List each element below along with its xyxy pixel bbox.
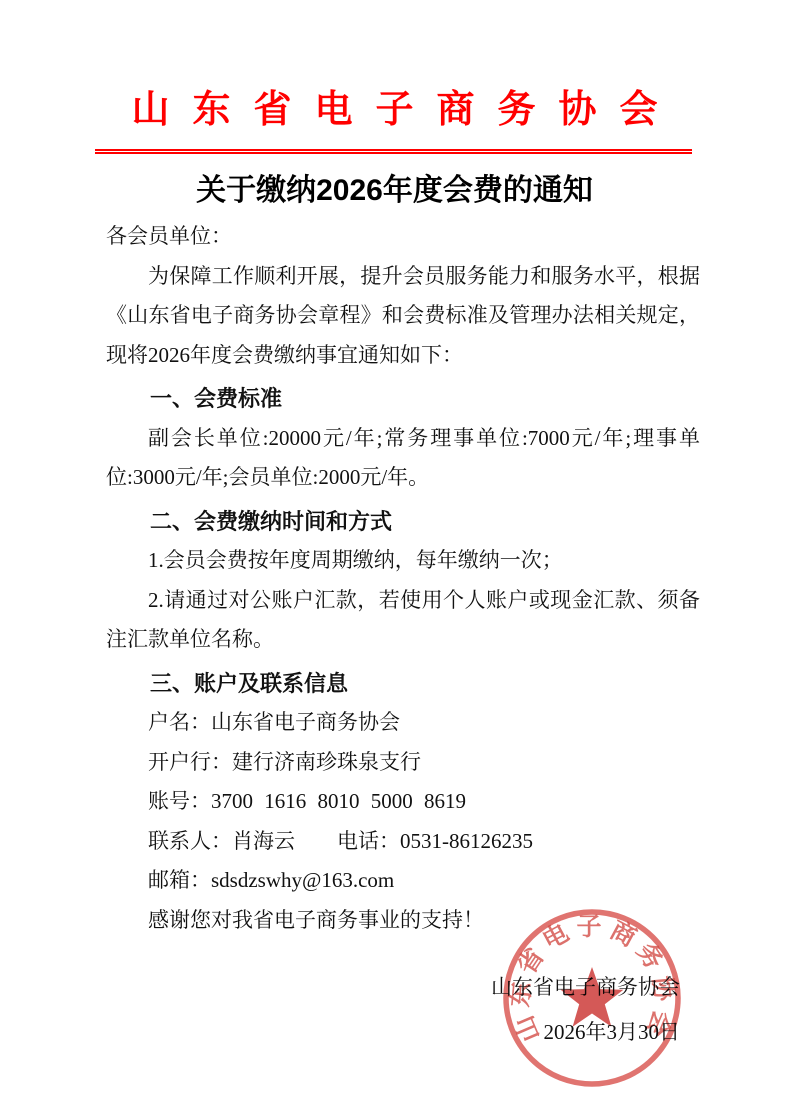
document-title: 关于缴纳2026年度会费的通知: [0, 171, 789, 211]
payment-item-1: 1.会员会费按年度周期缴纳，每年缴纳一次；: [106, 541, 700, 581]
signature-org: 山东省电子商务协会: [0, 967, 680, 1007]
account-bank-line: 开户行：建行济南珍珠泉支行: [106, 743, 700, 783]
salutation: 各会员单位：: [106, 217, 700, 257]
signature-block: 山东省电子商务协会 2026年3月30日: [0, 967, 680, 1052]
notice-document: 山东省电子商务协会 关于缴纳2026年度会费的通知 各会员单位： 为保障工作顺利…: [0, 0, 789, 1115]
account-number-line: 账号：3700 1616 8010 5000 8619: [106, 782, 700, 822]
document-body: 各会员单位： 为保障工作顺利开展，提升会员服务能力和服务水平，根据《山东省电子商…: [106, 217, 700, 940]
email-line: 邮箱：sdsdzswhy@163.com: [106, 861, 700, 901]
letterhead-org-name: 山东省电子商务协会: [0, 0, 789, 132]
closing-thanks-line: 感谢您对我省电子商务事业的支持！: [106, 901, 700, 941]
fee-standard-paragraph: 副会长单位:20000元/年;常务理事单位:7000元/年;理事单位:3000元…: [106, 419, 700, 498]
account-holder-line: 户名：山东省电子商务协会: [106, 703, 700, 743]
intro-paragraph: 为保障工作顺利开展，提升会员服务能力和服务水平，根据《山东省电子商务协会章程》和…: [106, 257, 700, 376]
payment-item-2: 2.请通过对公账户汇款，若使用个人账户或现金汇款、须备注汇款单位名称。: [106, 581, 700, 660]
letterhead-rule: [95, 149, 692, 154]
section-heading-account-info: 三、账户及联系信息: [106, 664, 700, 704]
contact-phone-line: 联系人：肖海云 电话：0531-86126235: [106, 822, 700, 862]
section-heading-fee-standard: 一、会费标准: [106, 379, 700, 419]
section-heading-payment-method: 二、会费缴纳时间和方式: [106, 502, 700, 542]
signature-date: 2026年3月30日: [0, 1012, 680, 1052]
